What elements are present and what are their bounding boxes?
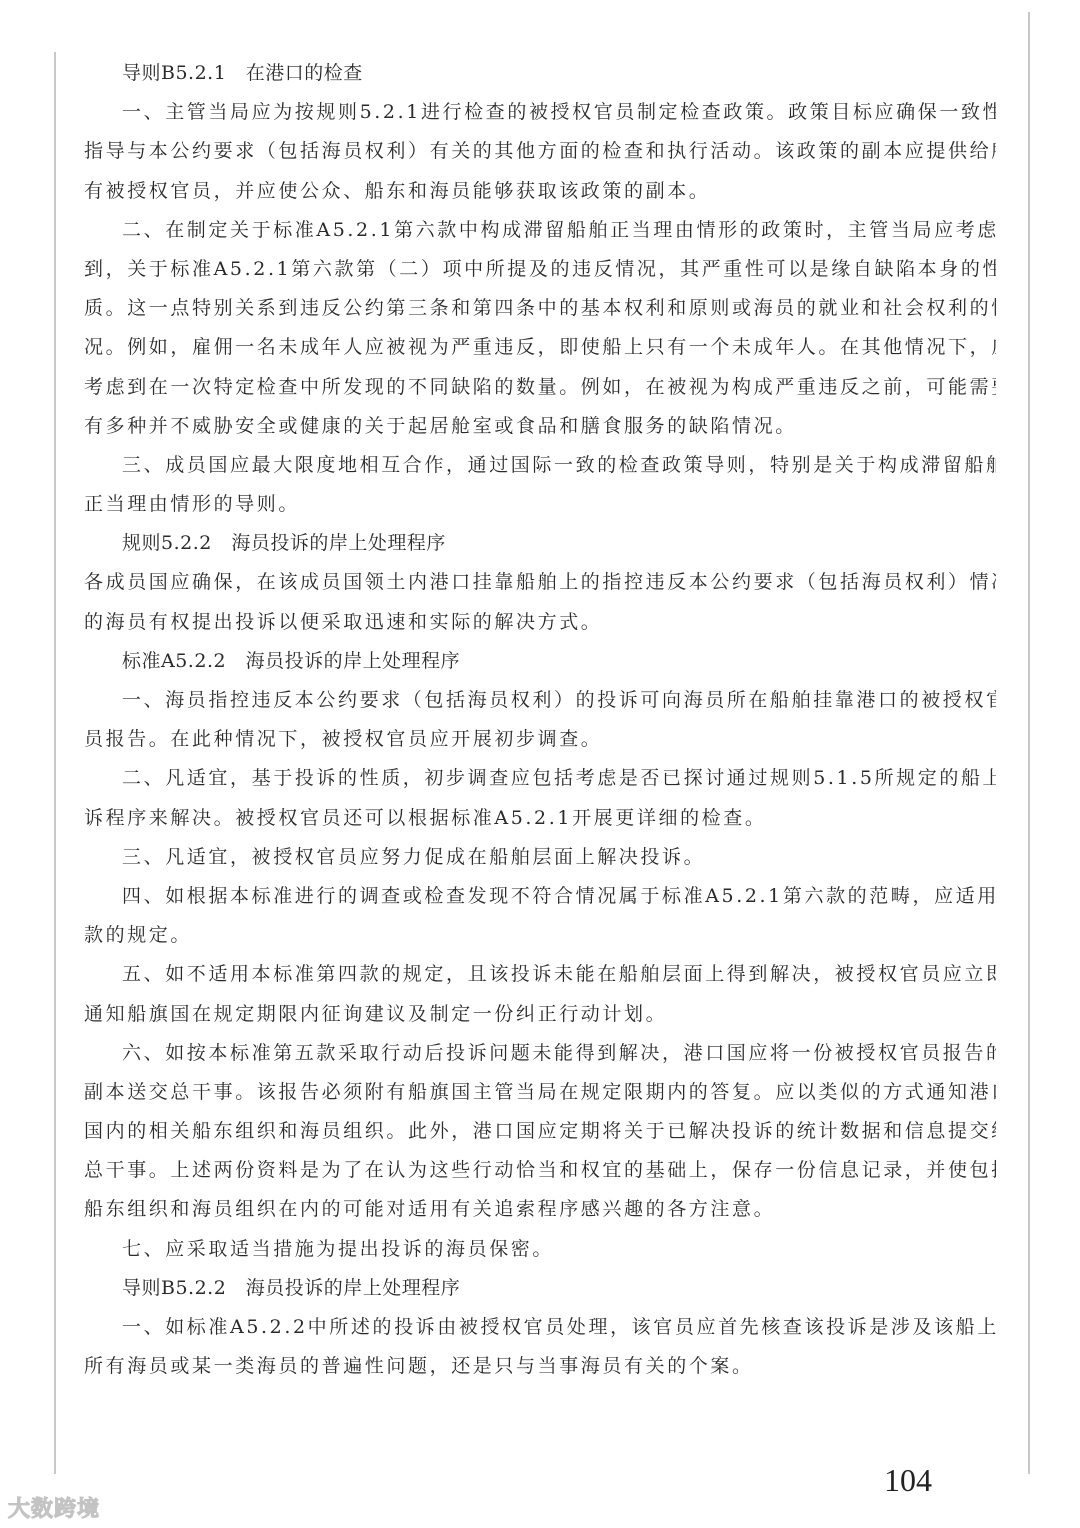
paragraph-line: 正当理由情形的导则。: [84, 485, 996, 524]
paragraph-line: 诉程序来解决。被授权官员还可以根据标准A5.2.1开展更详细的检查。: [84, 799, 996, 838]
paragraph-line: 一、主管当局应为按规则5.2.1进行检查的被授权官员制定检查政策。政策目标应确保…: [84, 93, 996, 132]
paragraph-line: 到，关于标准A5.2.1第六款第（二）项中所提及的违反情况，其严重性可以是缘自缺…: [84, 250, 996, 289]
paragraph-line: 况。例如，雇佣一名未成年人应被视为严重违反，即使船上只有一个未成年人。在其他情况…: [84, 328, 996, 367]
paragraph-line: 质。这一点特别关系到违反公约第三条和第四条中的基本权利和原则或海员的就业和社会权…: [84, 289, 996, 328]
paragraph-line: 二、凡适宜，基于投诉的性质，初步调查应包括考虑是否已探讨通过规则5.1.5所规定…: [84, 759, 996, 798]
paragraph-line: 指导与本公约要求（包括海员权利）有关的其他方面的检查和执行活动。该政策的副本应提…: [84, 132, 996, 171]
section-heading-a522: 标准A5.2.2 海员投诉的岸上处理程序: [84, 642, 996, 681]
paragraph-line: 一、海员指控违反本公约要求（包括海员权利）的投诉可向海员所在船舶挂靠港口的被授权…: [84, 681, 996, 720]
watermark-logo: 大数跨境: [8, 1492, 100, 1523]
page-border-left: [54, 52, 56, 1474]
paragraph-line: 有多种并不威胁安全或健康的关于起居舱室或食品和膳食服务的缺陷情况。: [84, 407, 996, 446]
paragraph-line: 款的规定。: [84, 916, 996, 955]
page-number: 104: [884, 1462, 932, 1499]
paragraph-line: 四、如根据本标准进行的调查或检查发现不符合情况属于标准A5.2.1第六款的范畴，…: [84, 877, 996, 916]
paragraph-line: 员报告。在此种情况下，被授权官员应开展初步调查。: [84, 720, 996, 759]
paragraph-line: 国内的相关船东组织和海员组织。此外，港口国应定期将关于已解决投诉的统计数据和信息…: [84, 1112, 996, 1151]
paragraph-line: 各成员国应确保，在该成员国领土内港口挂靠船舶上的指控违反本公约要求（包括海员权利…: [84, 563, 996, 602]
paragraph-line: 三、成员国应最大限度地相互合作，通过国际一致的检查政策导则，特别是关于构成滞留船…: [84, 446, 996, 485]
paragraph-line: 一、如标准A5.2.2中所述的投诉由被授权官员处理，该官员应首先核查该投诉是涉及…: [84, 1308, 996, 1347]
paragraph-line: 总干事。上述两份资料是为了在认为这些行动恰当和权宜的基础上，保存一份信息记录，并…: [84, 1151, 996, 1190]
paragraph-line: 五、如不适用本标准第四款的规定，且该投诉未能在船舶层面上得到解决，被授权官员应立…: [84, 955, 996, 994]
paragraph-line: 的海员有权提出投诉以便采取迅速和实际的解决方式。: [84, 603, 996, 642]
section-heading-rule-522: 规则5.2.2 海员投诉的岸上处理程序: [84, 524, 996, 563]
paragraph-line: 六、如按本标准第五款采取行动后投诉问题未能得到解决，港口国应将一份被授权官员报告…: [84, 1034, 996, 1073]
paragraph-line: 七、应采取适当措施为提出投诉的海员保密。: [84, 1230, 996, 1269]
paragraph-line: 二、在制定关于标准A5.2.1第六款中构成滞留船舶正当理由情形的政策时，主管当局…: [84, 211, 996, 250]
page-border-right: [1028, 12, 1030, 1474]
paragraph-line: 考虑到在一次特定检查中所发现的不同缺陷的数量。例如，在被视为构成严重违反之前，可…: [84, 368, 996, 407]
paragraph-line: 三、凡适宜，被授权官员应努力促成在船舶层面上解决投诉。: [84, 838, 996, 877]
paragraph-line: 通知船旗国在规定期限内征询建议及制定一份纠正行动计划。: [84, 995, 996, 1034]
document-body: 导则B5.2.1 在港口的检查 一、主管当局应为按规则5.2.1进行检查的被授权…: [84, 54, 996, 1386]
paragraph-line: 副本送交总干事。该报告必须附有船旗国主管当局在规定限期内的答复。应以类似的方式通…: [84, 1073, 996, 1112]
section-heading-b521: 导则B5.2.1 在港口的检查: [84, 54, 996, 93]
paragraph-line: 所有海员或某一类海员的普遍性问题，还是只与当事海员有关的个案。: [84, 1347, 996, 1386]
section-heading-b522: 导则B5.2.2 海员投诉的岸上处理程序: [84, 1269, 996, 1308]
paragraph-line: 船东组织和海员组织在内的可能对适用有关追索程序感兴趣的各方注意。: [84, 1190, 996, 1229]
paragraph-line: 有被授权官员，并应使公众、船东和海员能够获取该政策的副本。: [84, 172, 996, 211]
